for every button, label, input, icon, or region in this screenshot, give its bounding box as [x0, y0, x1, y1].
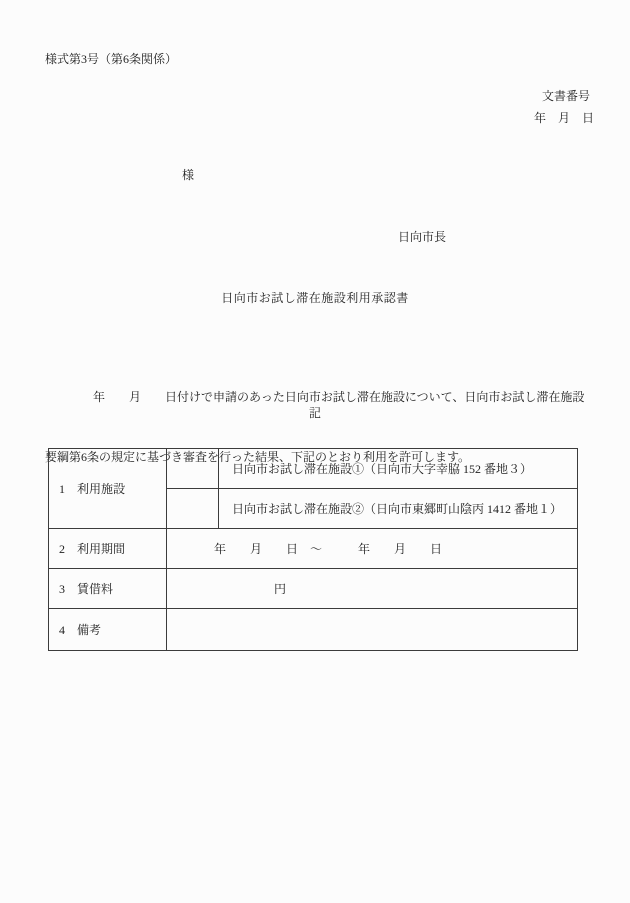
issue-date-blank: 年 月 日: [534, 109, 594, 126]
period-value-cell: 年 月 日 ～ 年 月 日: [167, 529, 578, 569]
approval-table: 1利用施設 日向市お試し滞在施設①（日向市大字幸脇 152 番地３） 日向市お試…: [48, 448, 578, 651]
row3-label: 賃借料: [77, 582, 113, 596]
rent-value-cell: 円: [167, 569, 578, 609]
row4-label: 備考: [77, 623, 101, 637]
row1-label: 利用施設: [77, 482, 125, 496]
row2-label-cell: 2利用期間: [49, 529, 167, 569]
table-row-period: 2利用期間 年 月 日 ～ 年 月 日: [49, 529, 578, 569]
row3-label-cell: 3賃借料: [49, 569, 167, 609]
facility-1-select-cell: [167, 449, 219, 489]
row1-label-cell: 1利用施設: [49, 449, 167, 529]
row4-number: 4: [59, 623, 77, 638]
addressee-honorific: 様: [182, 166, 194, 183]
row2-label: 利用期間: [77, 542, 125, 556]
issuer-title: 日向市長: [398, 228, 446, 245]
facility-1-cell: 日向市お試し滞在施設①（日向市大字幸脇 152 番地３）: [219, 449, 578, 489]
row2-number: 2: [59, 542, 77, 557]
row1-number: 1: [59, 482, 77, 497]
table-row-remarks: 4備考: [49, 609, 578, 651]
facility-2-select-cell: [167, 489, 219, 529]
document-page: 様式第3号（第6条関係） 文書番号 年 月 日 様 日向市長 日向市お試し滞在施…: [0, 0, 630, 903]
record-heading: 記: [0, 404, 630, 421]
row4-label-cell: 4備考: [49, 609, 167, 651]
document-title: 日向市お試し滞在施設利用承認書: [0, 289, 630, 306]
remarks-value-cell: [167, 609, 578, 651]
doc-number-label: 文書番号: [542, 87, 590, 104]
table-row-rent: 3賃借料 円: [49, 569, 578, 609]
facility-2-cell: 日向市お試し滞在施設②（日向市東郷町山陰丙 1412 番地１）: [219, 489, 578, 529]
table-row-facility-1: 1利用施設 日向市お試し滞在施設①（日向市大字幸脇 152 番地３）: [49, 449, 578, 489]
row3-number: 3: [59, 582, 77, 597]
form-number-label: 様式第3号（第6条関係）: [45, 50, 177, 67]
